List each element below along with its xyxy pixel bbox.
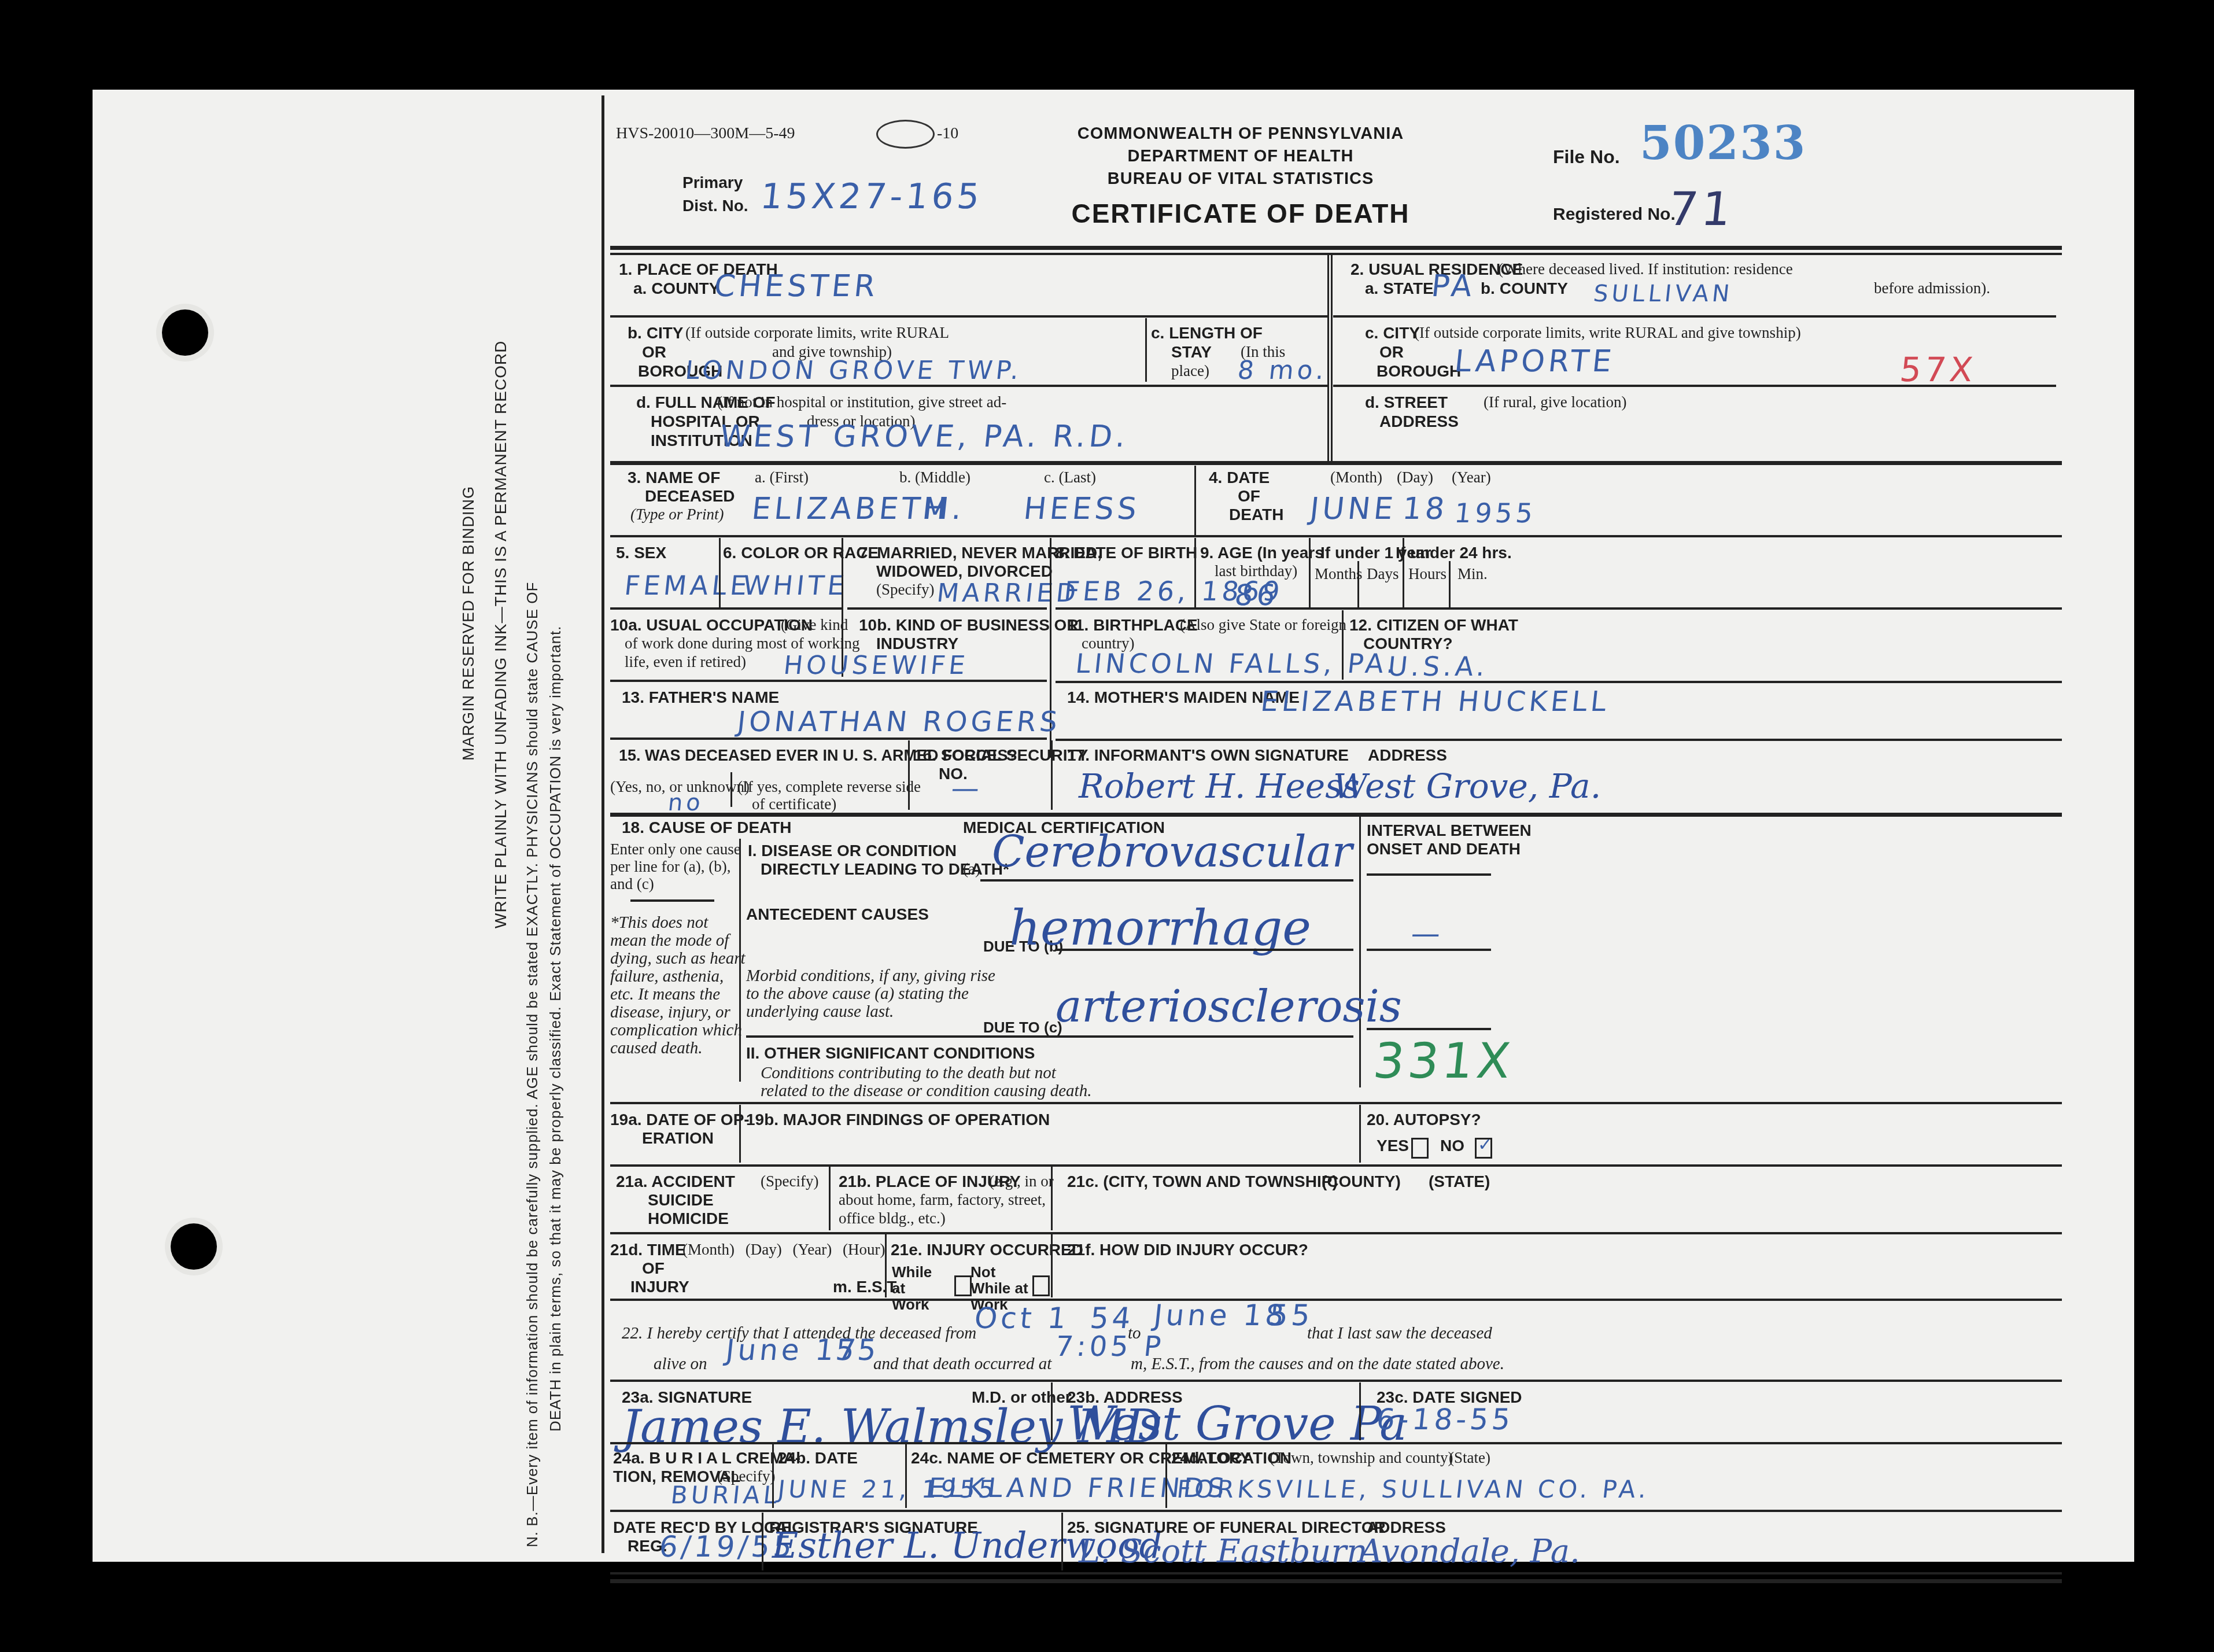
citizen-value: U.S.A. xyxy=(1386,651,1490,682)
residence-note-2: before admission). xyxy=(1874,279,1990,297)
days-label: Days xyxy=(1367,565,1399,583)
dod-day-label: (Day) xyxy=(1397,469,1433,486)
ssn-value: — xyxy=(950,772,984,805)
morbid-note-line: underlying cause last. xyxy=(746,1003,894,1021)
morbid-note-line: to the above cause (a) stating the xyxy=(746,985,969,1003)
how-injury-label: 21f. HOW DID INJURY OCCUR? xyxy=(1067,1241,1308,1259)
accident-label: 21a. ACCIDENT xyxy=(616,1172,735,1191)
cert-line1-end: that I last saw the deceased xyxy=(1307,1325,1492,1343)
file-no-stamp: 50233 xyxy=(1640,116,1806,170)
margin-nb-line1: N. B.—Every item of information should b… xyxy=(523,582,541,1547)
homicide-label: HOMICIDE xyxy=(648,1210,729,1228)
marital-value: MARRIED xyxy=(935,578,1080,608)
cause-of-death-label: 18. CAUSE OF DEATH xyxy=(622,818,792,837)
time-of-injury-label-2: OF xyxy=(642,1259,665,1278)
form-code: HVS-20010—300M—5-49 xyxy=(616,124,795,142)
dist-no-label: Dist. No. xyxy=(682,197,748,215)
death-county-label: a. COUNTY xyxy=(633,279,719,298)
while-at-work-checkbox[interactable] xyxy=(954,1275,972,1296)
attended-from-value: Oct 1 xyxy=(973,1301,1071,1335)
interval-b-value: — xyxy=(1409,917,1445,950)
name-label: 3. NAME OF xyxy=(628,469,720,487)
residence-city-label: c. CITY xyxy=(1365,324,1420,342)
armed-note-3: of certificate) xyxy=(752,795,836,813)
cause-a-label: (a) xyxy=(963,860,980,878)
cause-code: 331X xyxy=(1371,1032,1516,1089)
residence-state-label: a. STATE xyxy=(1365,279,1434,298)
name-label-2: DECEASED xyxy=(645,487,735,506)
cause-footnote-line: dying, such as heart xyxy=(610,950,746,968)
not-while-at-work-checkbox[interactable] xyxy=(1032,1275,1050,1296)
autopsy-yes-label: YES xyxy=(1377,1137,1409,1155)
residence-note-1: (Where deceased lived. If institution: r… xyxy=(1498,260,1793,278)
binding-hole-bottom xyxy=(171,1223,217,1270)
est-label: m. E.S.T. xyxy=(833,1278,899,1296)
operation-date-label-2: ERATION xyxy=(642,1129,714,1148)
other-conditions-note: related to the disease or condition caus… xyxy=(761,1082,1091,1100)
father-value: JONATHAN ROGERS xyxy=(736,706,1062,738)
armed-note-2: (If yes, complete reverse side xyxy=(737,778,921,796)
cause-c-label: DUE TO (c) xyxy=(983,1018,1062,1037)
race-label: 6. COLOR OR RACE xyxy=(723,544,879,562)
occupation-value: HOUSEWIFE xyxy=(782,651,970,680)
informant-address-label: ADDRESS xyxy=(1368,746,1447,765)
cause-note-line: Enter only one cause xyxy=(610,840,741,858)
suicide-label: SUICIDE xyxy=(648,1191,714,1210)
cause-a-value: Cerebrovascular xyxy=(992,827,1352,877)
dod-year-label: (Year) xyxy=(1452,469,1491,486)
time-of-injury-label: 21d. TIME xyxy=(610,1241,686,1259)
business-label-2: INDUSTRY xyxy=(876,635,958,653)
mother-value: ELIZABETH HUCKELL xyxy=(1259,685,1611,718)
occupation-note-1: (Give kind xyxy=(781,616,848,634)
primary-dist-value: 15X27-165 xyxy=(758,176,984,217)
cause-footnote-line: complication which xyxy=(610,1022,742,1039)
cause-footnote-line: etc. It means the xyxy=(610,986,720,1004)
burial-date-label: 24b. DATE xyxy=(778,1449,858,1467)
residence-county-label: b. COUNTY xyxy=(1481,279,1568,298)
occupation-note-3: life, even if retired) xyxy=(625,653,746,671)
union-label-icon xyxy=(876,120,935,149)
header-bureau: BUREAU OF VITAL STATISTICS xyxy=(1021,169,1460,189)
burial-location-note: (Town, township and county) xyxy=(1270,1449,1453,1467)
death-city-label: b. CITY xyxy=(628,324,683,342)
hospital-value: WEST GROVE, PA. R.D. xyxy=(718,419,1131,454)
last-name-label: c. (Last) xyxy=(1044,469,1096,486)
residence-city-or: OR xyxy=(1379,343,1404,362)
checkmark-icon: ✓ xyxy=(1478,1135,1492,1155)
informant-signature: Robert H. Heess xyxy=(1079,766,1360,806)
dod-label: 4. DATE xyxy=(1209,469,1270,487)
under24-label: If under 24 hrs. xyxy=(1396,544,1512,562)
death-county-value: CHESTER xyxy=(713,269,880,304)
months-label: Months xyxy=(1315,565,1363,583)
stay-label-2: STAY xyxy=(1171,343,1212,362)
birthplace-value: LINCOLN FALLS, PA. xyxy=(1074,648,1400,679)
dob-label: 8. DATE OF BIRTH xyxy=(1056,544,1197,562)
accident-specify: (Specify) xyxy=(761,1172,818,1190)
cause-c-value: arteriosclerosis xyxy=(1056,980,1402,1032)
injury-state-label: (STATE) xyxy=(1429,1172,1490,1191)
dod-label-3: DEATH xyxy=(1229,506,1283,524)
cause-note-line: and (c) xyxy=(610,875,654,893)
injury-occurred-label: 21e. INJURY OCCURRED xyxy=(891,1241,1083,1259)
stay-label: c. LENGTH OF xyxy=(1151,324,1263,342)
time-columns: (Month) (Day) (Year) (Hour) xyxy=(682,1241,885,1259)
name-label-3: (Type or Print) xyxy=(630,506,724,523)
birthplace-note-1: (Also give State or foreign xyxy=(1180,616,1346,634)
injury-county-label: (COUNTY) xyxy=(1322,1172,1401,1191)
interval-label-2: ONSET AND DEATH xyxy=(1367,840,1521,858)
primary-label: Primary xyxy=(682,174,743,192)
ssn-label: 16. SOCIAL SECURITY xyxy=(914,746,1088,765)
binding-hole-top xyxy=(162,309,208,356)
father-label: 13. FATHER'S NAME xyxy=(622,688,779,707)
residence-city-value: LAPORTE xyxy=(1453,344,1617,379)
while-at-work-label: While at Work xyxy=(892,1264,944,1312)
page-title: CERTIFICATE OF DEATH xyxy=(1021,198,1460,229)
dod-label-2: OF xyxy=(1238,487,1260,506)
race-value: WHITE xyxy=(741,570,849,601)
time-of-injury-label-3: INJURY xyxy=(630,1278,689,1296)
informant-label: 17. INFORMANT'S OWN SIGNATURE xyxy=(1067,746,1349,765)
residence-street-note: (If rural, give location) xyxy=(1484,393,1626,411)
date-signed-value: 6-18-55 xyxy=(1375,1403,1515,1436)
dod-day-value: 18 xyxy=(1401,492,1449,526)
sex-value: FEMALE xyxy=(623,570,752,601)
marital-specify: (Specify) xyxy=(876,581,934,599)
interval-label: INTERVAL BETWEEN xyxy=(1367,821,1532,840)
other-conditions-note: Conditions contributing to the death but… xyxy=(761,1064,1056,1082)
first-name-label: a. (First) xyxy=(755,469,809,486)
residence-city-note: (If outside corporate limits, write RURA… xyxy=(1414,324,1801,342)
middle-name-label: b. (Middle) xyxy=(899,469,971,486)
header-commonwealth: COMMONWEALTH OF PENNSYLVANIA xyxy=(1021,124,1460,143)
residence-county-value: SULLIVAN xyxy=(1592,281,1735,307)
age-label-2: last birthday) xyxy=(1215,562,1297,580)
autopsy-label: 20. AUTOPSY? xyxy=(1367,1111,1481,1129)
hours-label: Hours xyxy=(1408,565,1447,583)
death-certificate-form: HVS-20010—300M—5-49 -10 COMMONWEALTH OF … xyxy=(602,95,2085,1553)
file-no-label: File No. xyxy=(1553,147,1620,166)
cause-footnote-line: mean the mode of xyxy=(610,932,729,950)
autopsy-no-checkbox[interactable]: ✓ xyxy=(1475,1138,1492,1159)
margin-ink-note: WRITE PLAINLY WITH UNFADING INK—THIS IS … xyxy=(492,341,510,928)
funeral-director-signature: L. Scott Eastburn xyxy=(1079,1533,1367,1570)
age-label: 9. AGE (In years xyxy=(1200,544,1324,562)
citizen-label: 12. CITIZEN OF WHAT xyxy=(1349,616,1518,635)
residence-state-value: PA xyxy=(1430,269,1477,304)
cause-footnote-line: disease, injury, or xyxy=(610,1004,730,1022)
place-of-injury-note-2: about home, farm, factory, street, xyxy=(839,1191,1046,1209)
birthplace-label: 11. BIRTHPLACE xyxy=(1067,616,1198,635)
margin-nb-line2: DEATH in plain terms, so that it may be … xyxy=(547,625,564,1432)
autopsy-yes-checkbox[interactable] xyxy=(1411,1138,1429,1159)
occupation-note-2: of work done during most of working xyxy=(625,635,859,652)
death-city-note-1: (If outside corporate limits, write RURA… xyxy=(685,324,949,342)
sex-label: 5. SEX xyxy=(616,544,666,562)
residence-address-label: ADDRESS xyxy=(1379,412,1459,431)
margin-binding-note: MARGIN RESERVED FOR BINDING xyxy=(460,486,478,761)
dod-month-label: (Month) xyxy=(1330,469,1382,486)
place-of-injury-note-1: (e.g., in or xyxy=(989,1172,1054,1190)
burial-location-value: FORKSVILLE, SULLIVAN CO. PA. xyxy=(1175,1475,1651,1503)
cert-alive-on-text: alive on xyxy=(654,1355,707,1373)
cause-footnote-line: *This does not xyxy=(610,914,708,932)
stay-note-2: place) xyxy=(1171,362,1209,380)
cause-footnote-line: failure, asthenia, xyxy=(610,968,724,986)
header-block: COMMONWEALTH OF PENNSYLVANIA DEPARTMENT … xyxy=(1021,124,1460,229)
residence-city-code: 57X xyxy=(1898,350,1978,389)
min-label: Min. xyxy=(1457,565,1488,583)
burial-method-value: BURIAL xyxy=(669,1481,781,1509)
operation-date-label: 19a. DATE OF OP- xyxy=(610,1111,750,1129)
informant-address-value: West Grove, Pa. xyxy=(1333,766,1601,806)
registered-no-label: Registered No. xyxy=(1553,205,1676,224)
last-name-value: HEESS xyxy=(1022,492,1142,526)
morbid-note-line: Morbid conditions, if any, giving rise xyxy=(746,967,995,985)
cert-line2-end: m, E.S.T., from the causes and on the da… xyxy=(1131,1355,1504,1373)
stay-value: 8 mo. xyxy=(1236,356,1329,385)
registered-no-value: 71 xyxy=(1666,182,1737,236)
autopsy-no-label: NO xyxy=(1440,1137,1464,1155)
cause-note-line: per line for (a), (b), xyxy=(610,858,730,876)
cause-b-value: hemorrhage xyxy=(1009,899,1311,956)
dod-month-value: JUNE xyxy=(1308,492,1398,526)
middle-name-value: M. xyxy=(921,492,967,526)
death-city-or-label: OR xyxy=(642,343,666,362)
burial-state-note: (State) xyxy=(1449,1449,1490,1467)
funeral-address-value: Avondale, Pa. xyxy=(1359,1533,1580,1570)
place-of-injury-note-3: office bldg., etc.) xyxy=(839,1210,946,1227)
dod-year-value: 1955 xyxy=(1453,497,1538,529)
business-label: 10b. KIND OF BUSINESS OR xyxy=(859,616,1079,635)
hospital-note-1: (If not in hospital or institution, give… xyxy=(717,393,1006,411)
other-conditions-label: II. OTHER SIGNIFICANT CONDITIONS xyxy=(746,1044,1035,1063)
cause-footnote-line: caused death. xyxy=(610,1039,702,1057)
cert-death-occurred-text: and that death occurred at xyxy=(873,1355,1051,1373)
antecedent-label: ANTECEDENT CAUSES xyxy=(746,905,929,924)
residence-street-label: d. STREET xyxy=(1365,393,1448,412)
header-department: DEPARTMENT OF HEALTH xyxy=(1021,147,1460,166)
residence-borough-label: BOROUGH xyxy=(1377,362,1461,381)
injury-city-label: 21c. (CITY, TOWN AND TOWNSHIP) xyxy=(1067,1172,1338,1191)
disease-label: I. DISEASE OR CONDITION xyxy=(748,842,957,860)
operation-findings-label: 19b. MAJOR FINDINGS OF OPERATION xyxy=(746,1111,1050,1129)
death-city-value: LONDON GROVE TWP. xyxy=(684,356,1024,385)
union-label-suffix: -10 xyxy=(937,124,958,142)
